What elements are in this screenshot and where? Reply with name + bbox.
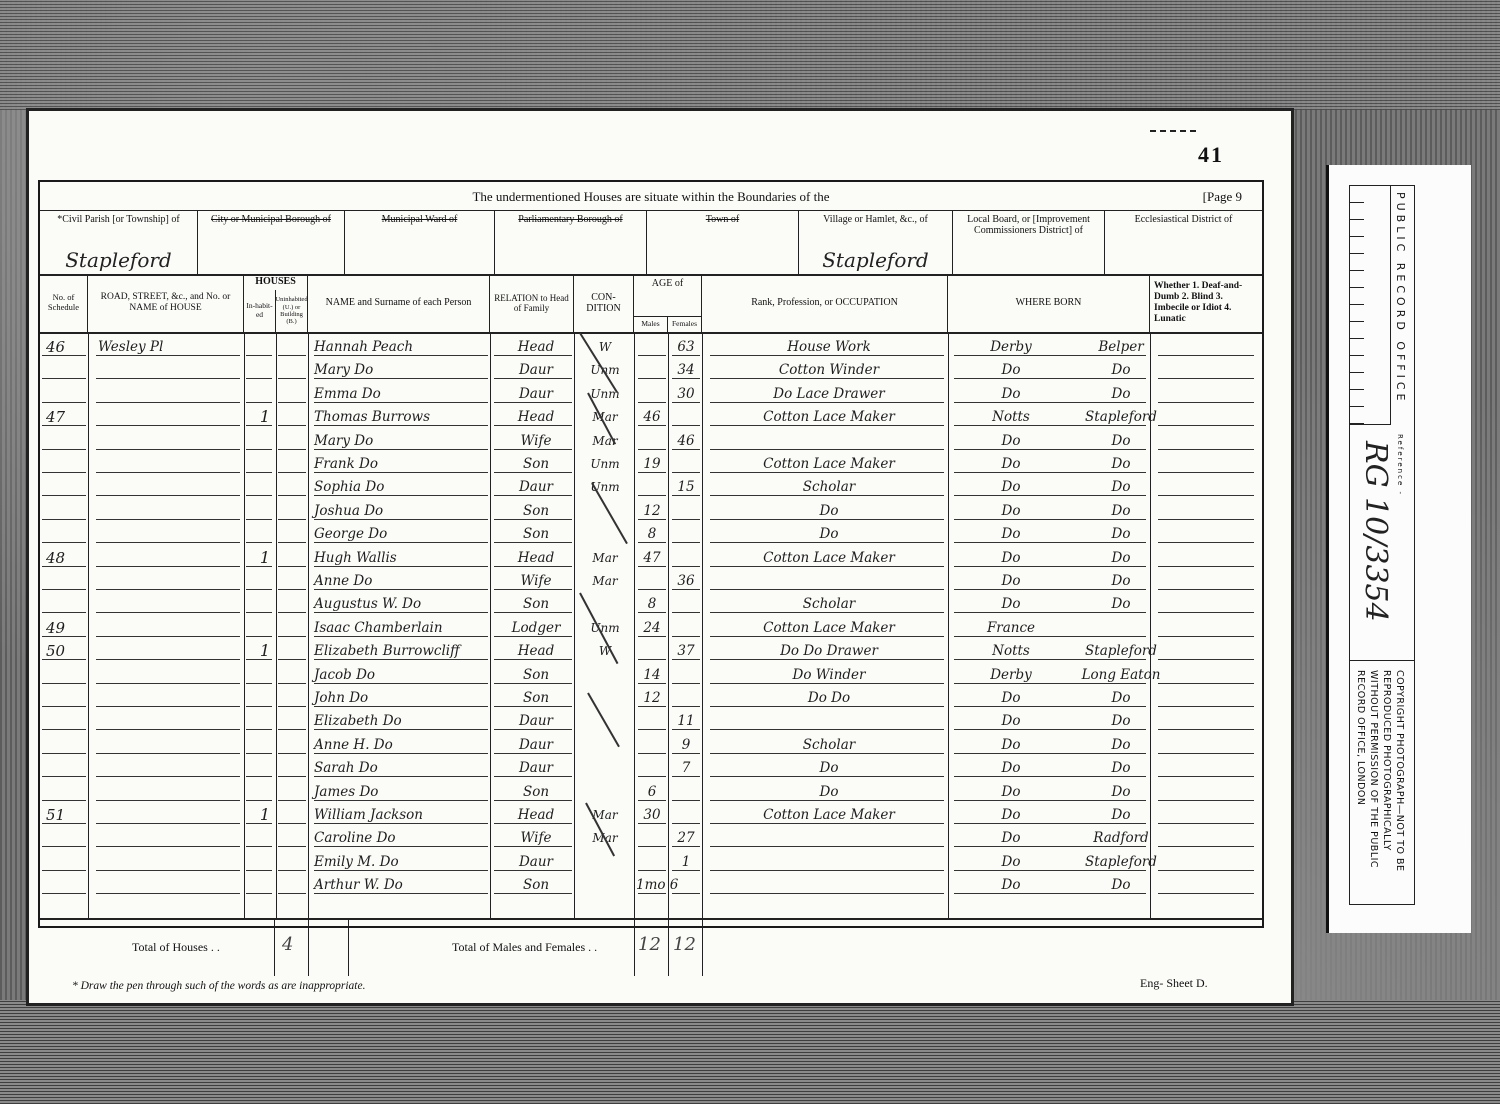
born-county: Do <box>956 381 1066 405</box>
row-rule <box>278 846 306 847</box>
person-name: Mary Do <box>314 428 494 452</box>
person-name: Joshua Do <box>314 498 494 522</box>
relation: Son <box>498 498 574 522</box>
age-male <box>636 357 668 381</box>
age-female: 36 <box>670 568 702 592</box>
age-female <box>670 662 702 686</box>
condition <box>578 498 632 522</box>
age-male <box>636 568 668 592</box>
occupation <box>712 825 946 849</box>
page-label: [Page 9 <box>1203 182 1242 212</box>
row-rule <box>278 659 306 660</box>
occupation: Cotton Winder <box>712 357 946 381</box>
table-row: Anne H. DoDaur9ScholarDoDo <box>40 732 1262 756</box>
relation: Head <box>498 802 574 826</box>
occupation <box>712 872 946 896</box>
born-place: Do <box>1066 591 1176 615</box>
divider <box>1350 660 1414 661</box>
relation: Head <box>498 404 574 428</box>
born-county: Do <box>956 872 1066 896</box>
road-name <box>98 732 248 756</box>
occupation: Do Do <box>712 685 946 709</box>
inhabited-count <box>252 428 278 452</box>
inhabited-count <box>252 825 278 849</box>
boundary-local-board: Local Board, or [Improvement Commissione… <box>953 210 1105 274</box>
occupation: Scholar <box>712 591 946 615</box>
age-female: 11 <box>670 708 702 732</box>
age-male <box>636 334 668 358</box>
boundary-label: Village or Hamlet, &c., of <box>799 214 952 225</box>
person-name: Sarah Do <box>314 755 494 779</box>
table-row: 46Wesley PlHannah PeachHeadW63House Work… <box>40 334 1262 358</box>
road-name <box>98 404 248 428</box>
age-male <box>636 381 668 405</box>
schedule-number <box>46 591 86 615</box>
schedule-number <box>46 755 86 779</box>
schedule-number <box>46 568 86 592</box>
schedule-number: 50 <box>46 638 86 662</box>
age-female: 15 <box>670 474 702 498</box>
road-name <box>98 521 248 545</box>
born-county: Do <box>956 357 1066 381</box>
occupation: Do Do Drawer <box>712 638 946 662</box>
age-female: 1 <box>670 849 702 873</box>
occupation <box>712 708 946 732</box>
occupation: Cotton Lace Maker <box>712 615 946 639</box>
occupation <box>712 428 946 452</box>
pro-label-box: PUBLIC RECORD OFFICE Reference - RG 10/3… <box>1349 185 1415 905</box>
schedule-number <box>46 779 86 803</box>
born-place: Do <box>1066 545 1176 569</box>
col-uninhabited: Uninhabited (U.) or Building (B.) <box>276 290 308 332</box>
relation: Son <box>498 779 574 803</box>
public-record-office-strip: PUBLIC RECORD OFFICE Reference - RG 10/3… <box>1326 165 1471 933</box>
row-rule <box>278 589 306 590</box>
total-persons-label: Total of Males and Females . . <box>452 940 597 955</box>
age-female <box>670 872 702 896</box>
born-place: Do <box>1066 521 1176 545</box>
born-county: Do <box>956 545 1066 569</box>
age-female: 37 <box>670 638 702 662</box>
condition <box>578 779 632 803</box>
road-name <box>98 779 248 803</box>
schedule-number <box>46 662 86 686</box>
age-male <box>636 849 668 873</box>
folio-number: 41 <box>1198 142 1224 168</box>
born-county: Notts <box>956 404 1066 428</box>
person-name: Elizabeth Burrowcliff <box>314 638 494 662</box>
person-name: Emma Do <box>314 381 494 405</box>
schedule-number <box>46 685 86 709</box>
form-title: The undermentioned Houses are situate wi… <box>472 189 829 204</box>
relation: Daur <box>498 849 574 873</box>
row-rule <box>278 495 306 496</box>
road-name <box>98 498 248 522</box>
table-row: James DoSon6DoDoDo <box>40 779 1262 803</box>
row-rule <box>278 472 306 473</box>
schedule-number: 46 <box>46 334 86 358</box>
born-county: Do <box>956 474 1066 498</box>
table-row: Sarah DoDaur7DoDoDo <box>40 755 1262 779</box>
age-male: 6 <box>636 779 668 803</box>
boundary-label: Local Board, or [Improvement Commissione… <box>953 214 1104 236</box>
age-female: 7 <box>670 755 702 779</box>
condition <box>578 849 632 873</box>
age-male <box>636 755 668 779</box>
table-row: 511William JacksonHeadMar30Cotton Lace M… <box>40 802 1262 826</box>
relation: Son <box>498 451 574 475</box>
table-row: John DoSon12Do DoDoDo <box>40 685 1262 709</box>
census-rows: 46Wesley PlHannah PeachHeadW63House Work… <box>40 332 1262 918</box>
condition <box>578 755 632 779</box>
dash-mark <box>1150 130 1196 132</box>
relation: Son <box>498 521 574 545</box>
person-name: Hugh Wallis <box>314 545 494 569</box>
total-houses-value: 4 <box>282 934 293 955</box>
condition <box>578 685 632 709</box>
relation: Son <box>498 685 574 709</box>
table-row: Anne DoWifeMar36DoDo <box>40 568 1262 592</box>
col-divider <box>348 920 349 976</box>
row-rule <box>278 776 306 777</box>
born-place: Do <box>1066 779 1176 803</box>
table-row: 501Elizabeth BurrowcliffHeadW37Do Do Dra… <box>40 638 1262 662</box>
schedule-number <box>46 849 86 873</box>
age-female: 46 <box>670 428 702 452</box>
born-county: Do <box>956 779 1066 803</box>
row-rule <box>278 823 306 824</box>
row-rule <box>278 729 306 730</box>
inhabited-count <box>252 381 278 405</box>
occupation: House Work <box>712 334 946 358</box>
column-header-row: No. of Schedule ROAD, STREET, &c., and N… <box>40 274 1262 334</box>
measurement-scale <box>1350 186 1391 425</box>
relation: Daur <box>498 474 574 498</box>
occupation: Do Lace Drawer <box>712 381 946 405</box>
age-female <box>670 685 702 709</box>
schedule-number: 48 <box>46 545 86 569</box>
born-place: Belper <box>1066 334 1176 358</box>
census-form: The undermentioned Houses are situate wi… <box>38 180 1264 928</box>
road-name <box>98 708 248 732</box>
boundary-civil-parish: *Civil Parish [or Township] of Staplefor… <box>40 210 198 274</box>
born-county: Do <box>956 498 1066 522</box>
inhabited-count <box>252 685 278 709</box>
relation: Wife <box>498 825 574 849</box>
road-name <box>98 568 248 592</box>
age-male: 47 <box>636 545 668 569</box>
person-name: John Do <box>314 685 494 709</box>
table-row: Elizabeth DoDaur11DoDo <box>40 708 1262 732</box>
footnote: * Draw the pen through such of the words… <box>72 980 365 992</box>
person-name: Sophia Do <box>314 474 494 498</box>
col-name: NAME and Surname of each Person <box>308 274 490 332</box>
inhabited-count <box>252 755 278 779</box>
occupation: Scholar <box>712 474 946 498</box>
table-row: George DoSon8DoDoDo <box>40 521 1262 545</box>
born-place: Long Eaton <box>1066 662 1176 686</box>
condition <box>578 662 632 686</box>
occupation: Cotton Lace Maker <box>712 404 946 428</box>
born-place: Do <box>1066 802 1176 826</box>
inhabited-count <box>252 451 278 475</box>
occupation: Do <box>712 498 946 522</box>
age-female: 30 <box>670 381 702 405</box>
person-name: William Jackson <box>314 802 494 826</box>
inhabited-count <box>252 357 278 381</box>
row-rule <box>278 566 306 567</box>
pro-office-label: PUBLIC RECORD OFFICE <box>1394 192 1407 405</box>
inhabited-count <box>252 872 278 896</box>
condition: Mar <box>578 568 632 592</box>
condition: Mar <box>578 428 632 452</box>
age-male <box>636 708 668 732</box>
road-name <box>98 545 248 569</box>
schedule-number <box>46 872 86 896</box>
total-females-value: 12 <box>673 934 696 955</box>
row-rule <box>278 378 306 379</box>
condition <box>578 732 632 756</box>
col-females: Females <box>668 316 702 332</box>
row-rule <box>278 753 306 754</box>
relation: Daur <box>498 357 574 381</box>
table-row: Arthur W. DoSon1mo 6DoDo <box>40 872 1262 896</box>
age-male: 30 <box>636 802 668 826</box>
col-divider <box>274 920 275 976</box>
col-road: ROAD, STREET, &c., and No. or NAME of HO… <box>88 274 244 332</box>
boundary-label: Ecclesiastical District of <box>1105 214 1262 225</box>
schedule-number <box>46 825 86 849</box>
born-county: Do <box>956 451 1066 475</box>
row-rule <box>278 636 306 637</box>
boundary-label: *Civil Parish [or Township] of <box>40 214 197 225</box>
total-houses-label: Total of Houses . . <box>132 940 220 955</box>
relation: Head <box>498 545 574 569</box>
schedule-number <box>46 498 86 522</box>
age-male: 14 <box>636 662 668 686</box>
schedule-number <box>46 732 86 756</box>
person-name: Isaac Chamberlain <box>314 615 494 639</box>
age-male: 8 <box>636 591 668 615</box>
person-name: Jacob Do <box>314 662 494 686</box>
person-name: Anne H. Do <box>314 732 494 756</box>
age-male <box>636 638 668 662</box>
inhabited-count: 1 <box>252 802 278 826</box>
row-rule <box>278 402 306 403</box>
col-males: Males <box>634 316 668 332</box>
boundary-row: *Civil Parish [or Township] of Staplefor… <box>40 210 1262 276</box>
reference-label: Reference - <box>1396 434 1404 496</box>
born-place: Radford <box>1066 825 1176 849</box>
relation: Daur <box>498 732 574 756</box>
person-name: Frank Do <box>314 451 494 475</box>
road-name <box>98 381 248 405</box>
inhabited-count: 1 <box>252 638 278 662</box>
table-row: Jacob DoSon14Do WinderDerbyLong Eaton <box>40 662 1262 686</box>
row-rule <box>278 355 306 356</box>
table-row: 49Isaac ChamberlainLodgerUnm24Cotton Lac… <box>40 615 1262 639</box>
col-divider <box>668 920 669 976</box>
occupation <box>712 849 946 873</box>
relation: Wife <box>498 428 574 452</box>
age-male <box>636 825 668 849</box>
row-rule <box>278 800 306 801</box>
age-female <box>670 545 702 569</box>
born-place: Do <box>1066 474 1176 498</box>
born-place: Stapleford <box>1066 638 1176 662</box>
person-name: Hannah Peach <box>314 334 494 358</box>
relation: Head <box>498 638 574 662</box>
born-county: Do <box>956 591 1066 615</box>
inhabited-count: 1 <box>252 404 278 428</box>
age-male <box>636 474 668 498</box>
person-name: George Do <box>314 521 494 545</box>
age-female: 9 <box>670 732 702 756</box>
born-county: Derby <box>956 334 1066 358</box>
boundary-label: Town of <box>647 214 798 225</box>
inhabited-count <box>252 779 278 803</box>
relation: Daur <box>498 708 574 732</box>
age-female: 63 <box>670 334 702 358</box>
table-row: Emily M. DoDaur1DoStapleford <box>40 849 1262 873</box>
age-female <box>670 591 702 615</box>
relation: Daur <box>498 381 574 405</box>
road-name <box>98 357 248 381</box>
road-name <box>98 662 248 686</box>
row-rule <box>278 683 306 684</box>
road-name <box>98 474 248 498</box>
table-row: Mary DoDaurUnm34Cotton WinderDoDo <box>40 357 1262 381</box>
inhabited-count <box>252 615 278 639</box>
col-infirmity: Whether 1. Deaf-and-Dumb 2. Blind 3. Imb… <box>1150 274 1262 332</box>
person-name: Augustus W. Do <box>314 591 494 615</box>
inhabited-count <box>252 708 278 732</box>
occupation: Do <box>712 779 946 803</box>
age-male: 24 <box>636 615 668 639</box>
inhabited-count <box>252 474 278 498</box>
born-county: Do <box>956 521 1066 545</box>
road-name <box>98 615 248 639</box>
born-county: Do <box>956 428 1066 452</box>
table-row: Joshua DoSon12DoDoDo <box>40 498 1262 522</box>
age-male <box>636 732 668 756</box>
age-male: 8 <box>636 521 668 545</box>
inhabited-count: 1 <box>252 545 278 569</box>
table-row: 481Hugh WallisHeadMar47Cotton Lace Maker… <box>40 545 1262 569</box>
totals-row: Total of Houses . . 4 Total of Males and… <box>40 918 1262 976</box>
born-place: Do <box>1066 872 1176 896</box>
person-name: Emily M. Do <box>314 849 494 873</box>
row-rule <box>278 870 306 871</box>
condition: Unm <box>578 615 632 639</box>
row-rule <box>278 449 306 450</box>
schedule-number <box>46 521 86 545</box>
inhabited-count <box>252 732 278 756</box>
age-female <box>670 615 702 639</box>
table-row: 471Thomas BurrowsHeadMar46Cotton Lace Ma… <box>40 404 1262 428</box>
table-row: Mary DoWifeMar46DoDo <box>40 428 1262 452</box>
person-name: Anne Do <box>314 568 494 592</box>
born-place: Stapleford <box>1066 404 1176 428</box>
scan-noise-bottom <box>0 1000 1500 1104</box>
condition: Unm <box>578 357 632 381</box>
col-divider <box>702 920 703 976</box>
col-occupation: Rank, Profession, or OCCUPATION <box>702 274 948 332</box>
relation: Lodger <box>498 615 574 639</box>
table-row: Frank DoSonUnm19Cotton Lace MakerDoDo <box>40 451 1262 475</box>
person-name: Thomas Burrows <box>314 404 494 428</box>
col-relation: RELATION to Head of Family <box>490 274 574 332</box>
road-name <box>98 849 248 873</box>
age-female <box>670 779 702 803</box>
row-rule <box>278 542 306 543</box>
born-place: Do <box>1066 708 1176 732</box>
road-name <box>98 755 248 779</box>
boundary-value: Stapleford <box>40 248 197 272</box>
table-row: Caroline DoWifeMar27DoRadford <box>40 825 1262 849</box>
occupation <box>712 568 946 592</box>
reference-number: RG 10/3354 <box>1358 441 1393 622</box>
schedule-number: 49 <box>46 615 86 639</box>
row-rule <box>278 612 306 613</box>
condition: Unm <box>578 451 632 475</box>
age-female <box>670 451 702 475</box>
col-condition: CON-DITION <box>574 274 634 332</box>
age-female <box>670 498 702 522</box>
row-rule <box>278 893 306 894</box>
person-name: Elizabeth Do <box>314 708 494 732</box>
schedule-number <box>46 357 86 381</box>
relation: Son <box>498 872 574 896</box>
col-where-born: WHERE BORN <box>948 274 1150 332</box>
road-name <box>98 591 248 615</box>
boundary-city: City or Municipal Borough of <box>198 210 345 274</box>
road-name <box>98 825 248 849</box>
born-place: Do <box>1066 451 1176 475</box>
row-rule <box>278 425 306 426</box>
scan-noise-top <box>0 0 1500 110</box>
relation: Daur <box>498 755 574 779</box>
boundary-label: Municipal Ward of <box>345 214 494 225</box>
occupation: Do <box>712 755 946 779</box>
col-divider <box>308 920 309 976</box>
born-county: Derby <box>956 662 1066 686</box>
age-male <box>636 428 668 452</box>
col-inhabited: In-habit-ed <box>244 290 276 332</box>
schedule-number <box>46 474 86 498</box>
inhabited-count <box>252 662 278 686</box>
inhabited-count <box>252 568 278 592</box>
age-female: 34 <box>670 357 702 381</box>
inhabited-count <box>252 334 278 358</box>
relation: Head <box>498 334 574 358</box>
total-males-value: 12 <box>638 934 661 955</box>
col-divider <box>634 920 635 976</box>
road-name <box>98 685 248 709</box>
born-county: Do <box>956 849 1066 873</box>
schedule-number: 47 <box>46 404 86 428</box>
condition: Mar <box>578 545 632 569</box>
relation: Wife <box>498 568 574 592</box>
occupation: Do <box>712 521 946 545</box>
schedule-number <box>46 428 86 452</box>
schedule-number <box>46 708 86 732</box>
person-name: Arthur W. Do <box>314 872 494 896</box>
age-male: 12 <box>636 685 668 709</box>
age-female: 27 <box>670 825 702 849</box>
inhabited-count <box>252 849 278 873</box>
road-name <box>98 451 248 475</box>
